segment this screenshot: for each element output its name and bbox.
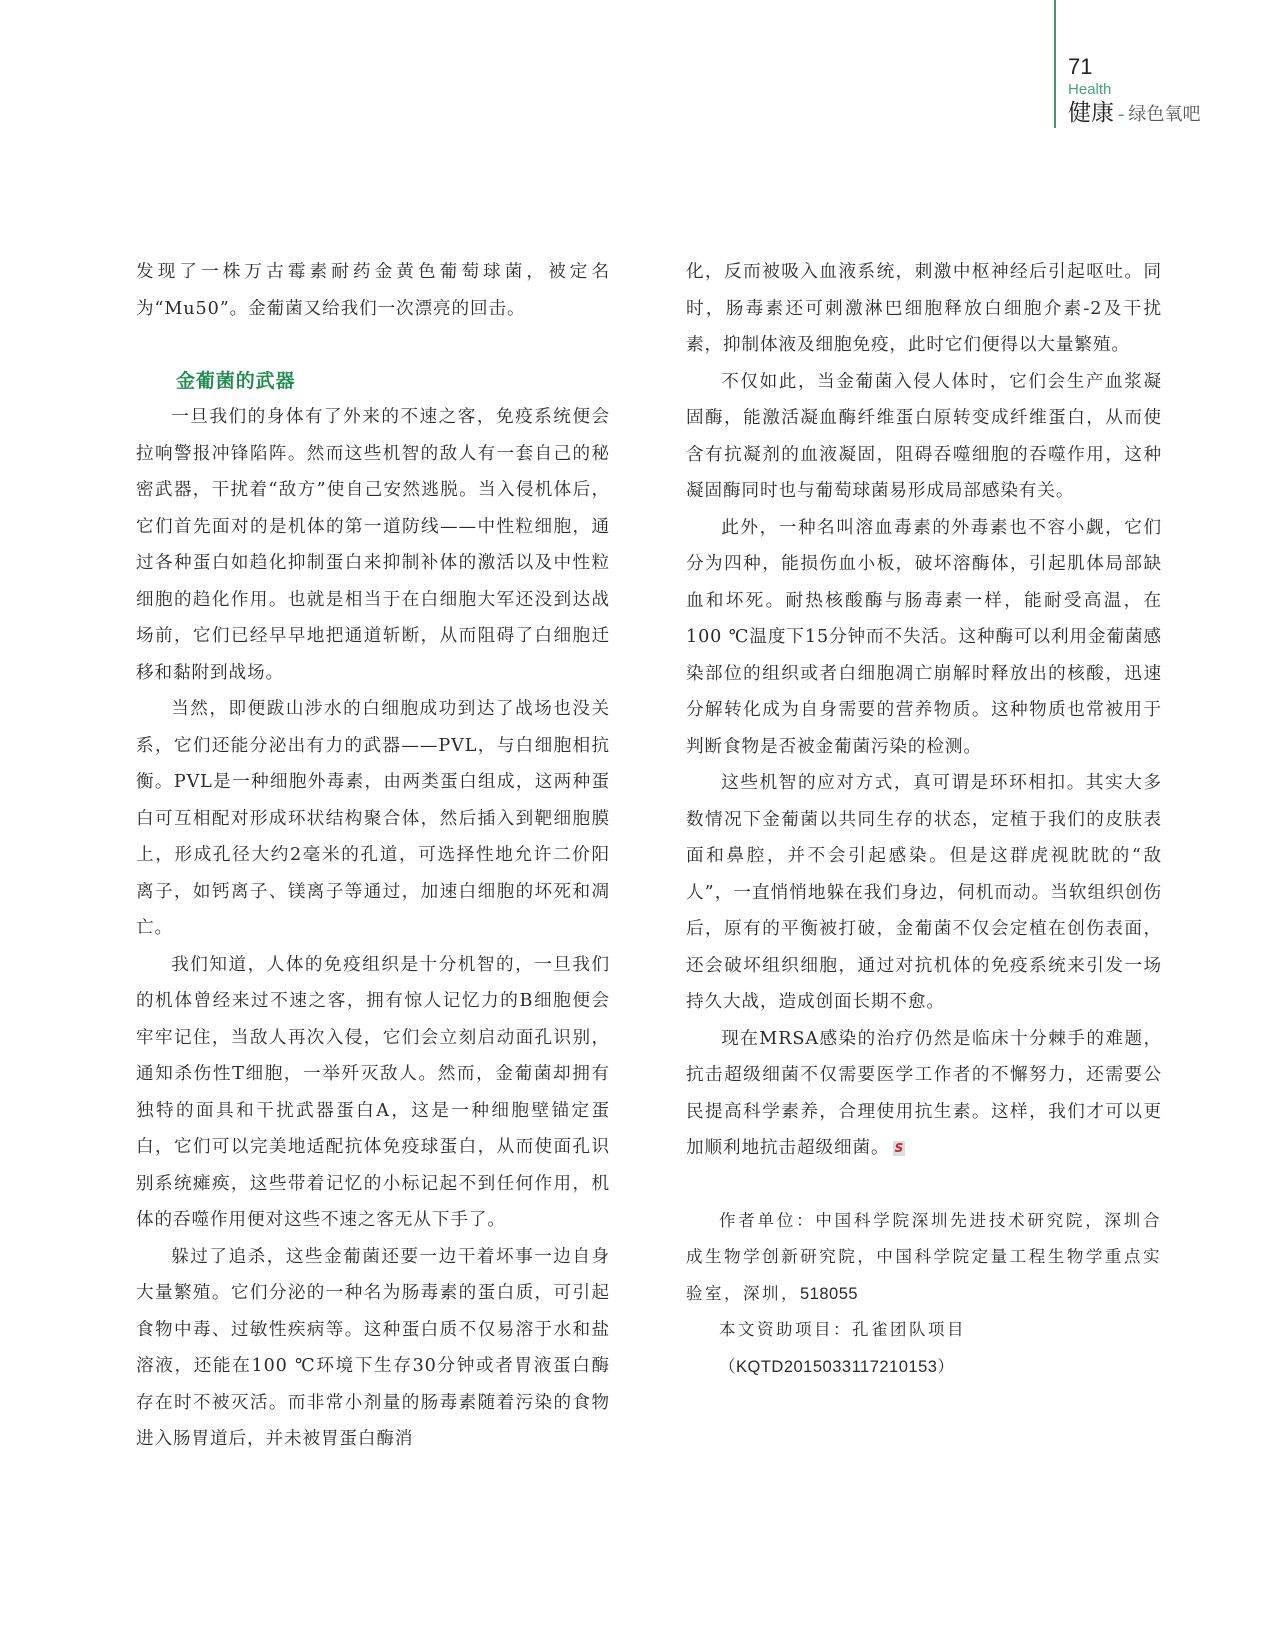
body-paragraph: 当然，即便跋山涉水的白细胞成功到达了战场也没关系，它们还能分泌出有力的武器——P… — [136, 691, 610, 947]
closing-paragraph: 现在MRSA感染的治疗仍然是临床十分棘手的难题，抗击超级细菌不仅需要医学工作者的… — [686, 1021, 1162, 1167]
header-divider-line — [1054, 0, 1056, 128]
body-paragraph: 一旦我们的身体有了外来的不速之客，免疫系统便会拉响警报冲锋陷阵。然而这些机智的敌… — [136, 399, 610, 691]
funding-code: （KQTD2015033117210153） — [686, 1349, 1162, 1386]
funding-text: 孔雀团队项目 — [852, 1320, 966, 1339]
author-affiliation: 作者单位：中国科学院深圳先进技术研究院，深圳合成生物学创新研究院，中国科学院定量… — [686, 1203, 1162, 1313]
postcode: 518055 — [800, 1285, 858, 1303]
affiliation-label: 作者单位： — [719, 1211, 815, 1230]
body-paragraph: 这些机智的应对方式，真可谓是环环相扣。其实大多数情况下金葡菌以共同生存的状态，定… — [686, 765, 1162, 1021]
body-paragraph: 我们知道，人体的免疫组织是十分机智的，一旦我们的机体曾经来过不速之客，拥有惊人记… — [136, 947, 610, 1239]
continued-paragraph: 化，反而被吸入血液系统，刺激中枢神经后引起呕吐。同时，肠毒素还可刺激淋巴细胞释放… — [686, 254, 1162, 364]
author-info: 作者单位：中国科学院深圳先进技术研究院，深圳合成生物学创新研究院，中国科学院定量… — [686, 1203, 1162, 1386]
closing-text: 现在MRSA感染的治疗仍然是临床十分棘手的难题，抗击超级细菌不仅需要医学工作者的… — [686, 1029, 1162, 1159]
intro-paragraph: 发现了一株万古霉素耐药金黄色葡萄球菌，被定名为“Mu50”。金葡菌又给我们一次漂… — [136, 254, 610, 327]
end-mark-icon: S — [893, 1141, 905, 1156]
section-title: 健康 — [1068, 100, 1114, 126]
left-column: 发现了一株万古霉素耐药金黄色葡萄球菌，被定名为“Mu50”。金葡菌又给我们一次漂… — [136, 254, 610, 1458]
section-separator: - — [1118, 104, 1125, 125]
subsection-title: 绿色氧吧 — [1129, 104, 1201, 125]
page-number: 71 — [1068, 56, 1092, 78]
section-heading: 金葡菌的武器 — [136, 363, 610, 399]
funding-line: 本文资助项目：孔雀团队项目 — [686, 1312, 1162, 1349]
body-paragraph: 躲过了追杀，这些金葡菌还要一边干着坏事一边自身大量繁殖。它们分泌的一种名为肠毒素… — [136, 1239, 610, 1458]
funding-label: 本文资助项目： — [719, 1320, 852, 1339]
section-label-cn: 健康-绿色氧吧 — [1068, 102, 1201, 125]
body-paragraph: 此外，一种名叫溶血毒素的外毒素也不容小觑，它们分为四种，能损伤血小板，破坏溶酶体… — [686, 510, 1162, 766]
section-label-en: Health — [1068, 82, 1111, 97]
body-paragraph: 不仅如此，当金葡菌入侵人体时，它们会生产血浆凝固酶，能激活凝血酶纤维蛋白原转变成… — [686, 364, 1162, 510]
right-column: 化，反而被吸入血液系统，刺激中枢神经后引起呕吐。同时，肠毒素还可刺激淋巴细胞释放… — [686, 254, 1162, 1385]
spacer — [136, 327, 610, 363]
